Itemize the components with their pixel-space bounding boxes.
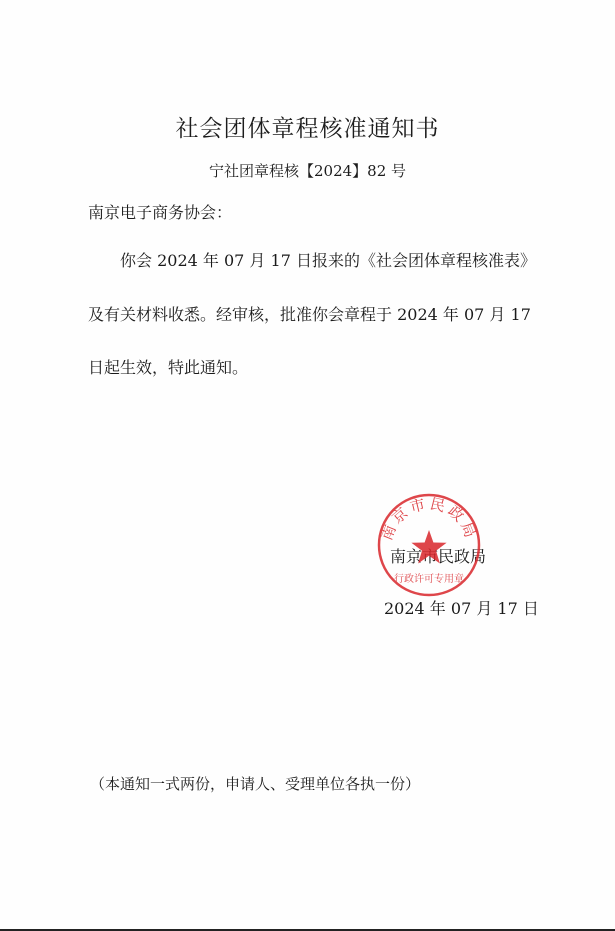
official-seal: 南京市民政局 行政许可专用章 (376, 492, 482, 598)
seal-inner-text: 行政许可专用章 (394, 572, 464, 585)
issue-date: 2024 年 07 月 17 日 (384, 596, 539, 619)
document-page: 社会团体章程核准通知书 宁社团章程核【2024】82 号 南京电子商务协会： 你… (0, 0, 615, 931)
body-line-3: 日起生效，特此通知。 (88, 355, 248, 378)
footnote: （本通知一式两份，申请人、受理单位各执一份） (90, 773, 420, 794)
document-number: 宁社团章程核【2024】82 号 (0, 160, 615, 181)
salutation: 南京电子商务协会： (88, 200, 232, 223)
body-line-2: 及有关材料收悉。经审核，批准你会章程于 2024 年 07 月 17 (88, 302, 531, 325)
body-line-1: 你会 2024 年 07 月 17 日报来的《社会团体章程核准表》 (120, 248, 536, 271)
star-icon (411, 530, 446, 564)
document-title: 社会团体章程核准通知书 (0, 110, 615, 143)
